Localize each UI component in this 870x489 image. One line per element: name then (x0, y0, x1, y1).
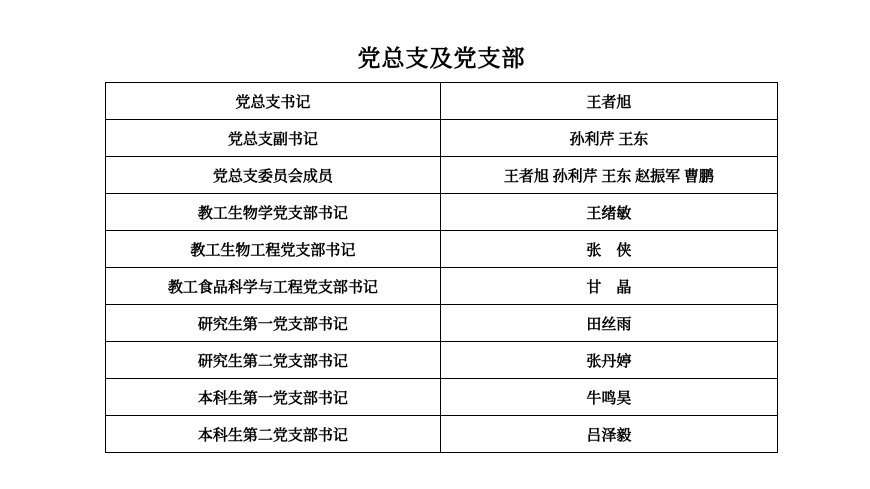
name-cell: 王绪敏 (440, 194, 777, 231)
position-cell: 党总支副书记 (106, 120, 441, 157)
table-row: 研究生第二党支部书记 张丹婷 (106, 342, 778, 379)
position-cell: 教工生物学党支部书记 (106, 194, 441, 231)
position-cell: 本科生第二党支部书记 (106, 416, 441, 453)
position-cell: 本科生第一党支部书记 (106, 379, 441, 416)
position-cell: 党总支书记 (106, 83, 441, 120)
table-row: 党总支书记 王者旭 (106, 83, 778, 120)
name-cell: 吕泽毅 (440, 416, 777, 453)
name-cell: 张 侠 (440, 231, 777, 268)
page-title: 党总支及党支部 (105, 40, 778, 73)
document-page: 党总支及党支部 党总支书记 王者旭 党总支副书记 孙利芹 王东 党总支委员会成员… (0, 0, 870, 489)
party-branch-table: 党总支书记 王者旭 党总支副书记 孙利芹 王东 党总支委员会成员 王者旭 孙利芹… (105, 82, 778, 453)
position-cell: 教工生物工程党支部书记 (106, 231, 441, 268)
position-cell: 党总支委员会成员 (106, 157, 441, 194)
table-row: 教工食品科学与工程党支部书记 甘 晶 (106, 268, 778, 305)
table-row: 党总支委员会成员 王者旭 孙利芹 王东 赵振军 曹鹏 (106, 157, 778, 194)
name-cell: 王者旭 孙利芹 王东 赵振军 曹鹏 (440, 157, 777, 194)
table-row: 研究生第一党支部书记 田丝雨 (106, 305, 778, 342)
name-cell: 张丹婷 (440, 342, 777, 379)
position-cell: 研究生第二党支部书记 (106, 342, 441, 379)
position-cell: 教工食品科学与工程党支部书记 (106, 268, 441, 305)
table-row: 教工生物工程党支部书记 张 侠 (106, 231, 778, 268)
position-cell: 研究生第一党支部书记 (106, 305, 441, 342)
name-cell: 田丝雨 (440, 305, 777, 342)
name-cell: 甘 晶 (440, 268, 777, 305)
name-cell: 王者旭 (440, 83, 777, 120)
table-row: 教工生物学党支部书记 王绪敏 (106, 194, 778, 231)
table-body: 党总支书记 王者旭 党总支副书记 孙利芹 王东 党总支委员会成员 王者旭 孙利芹… (106, 83, 778, 453)
table-row: 本科生第一党支部书记 牛鸣昊 (106, 379, 778, 416)
table-row: 党总支副书记 孙利芹 王东 (106, 120, 778, 157)
name-cell: 牛鸣昊 (440, 379, 777, 416)
table-row: 本科生第二党支部书记 吕泽毅 (106, 416, 778, 453)
name-cell: 孙利芹 王东 (440, 120, 777, 157)
